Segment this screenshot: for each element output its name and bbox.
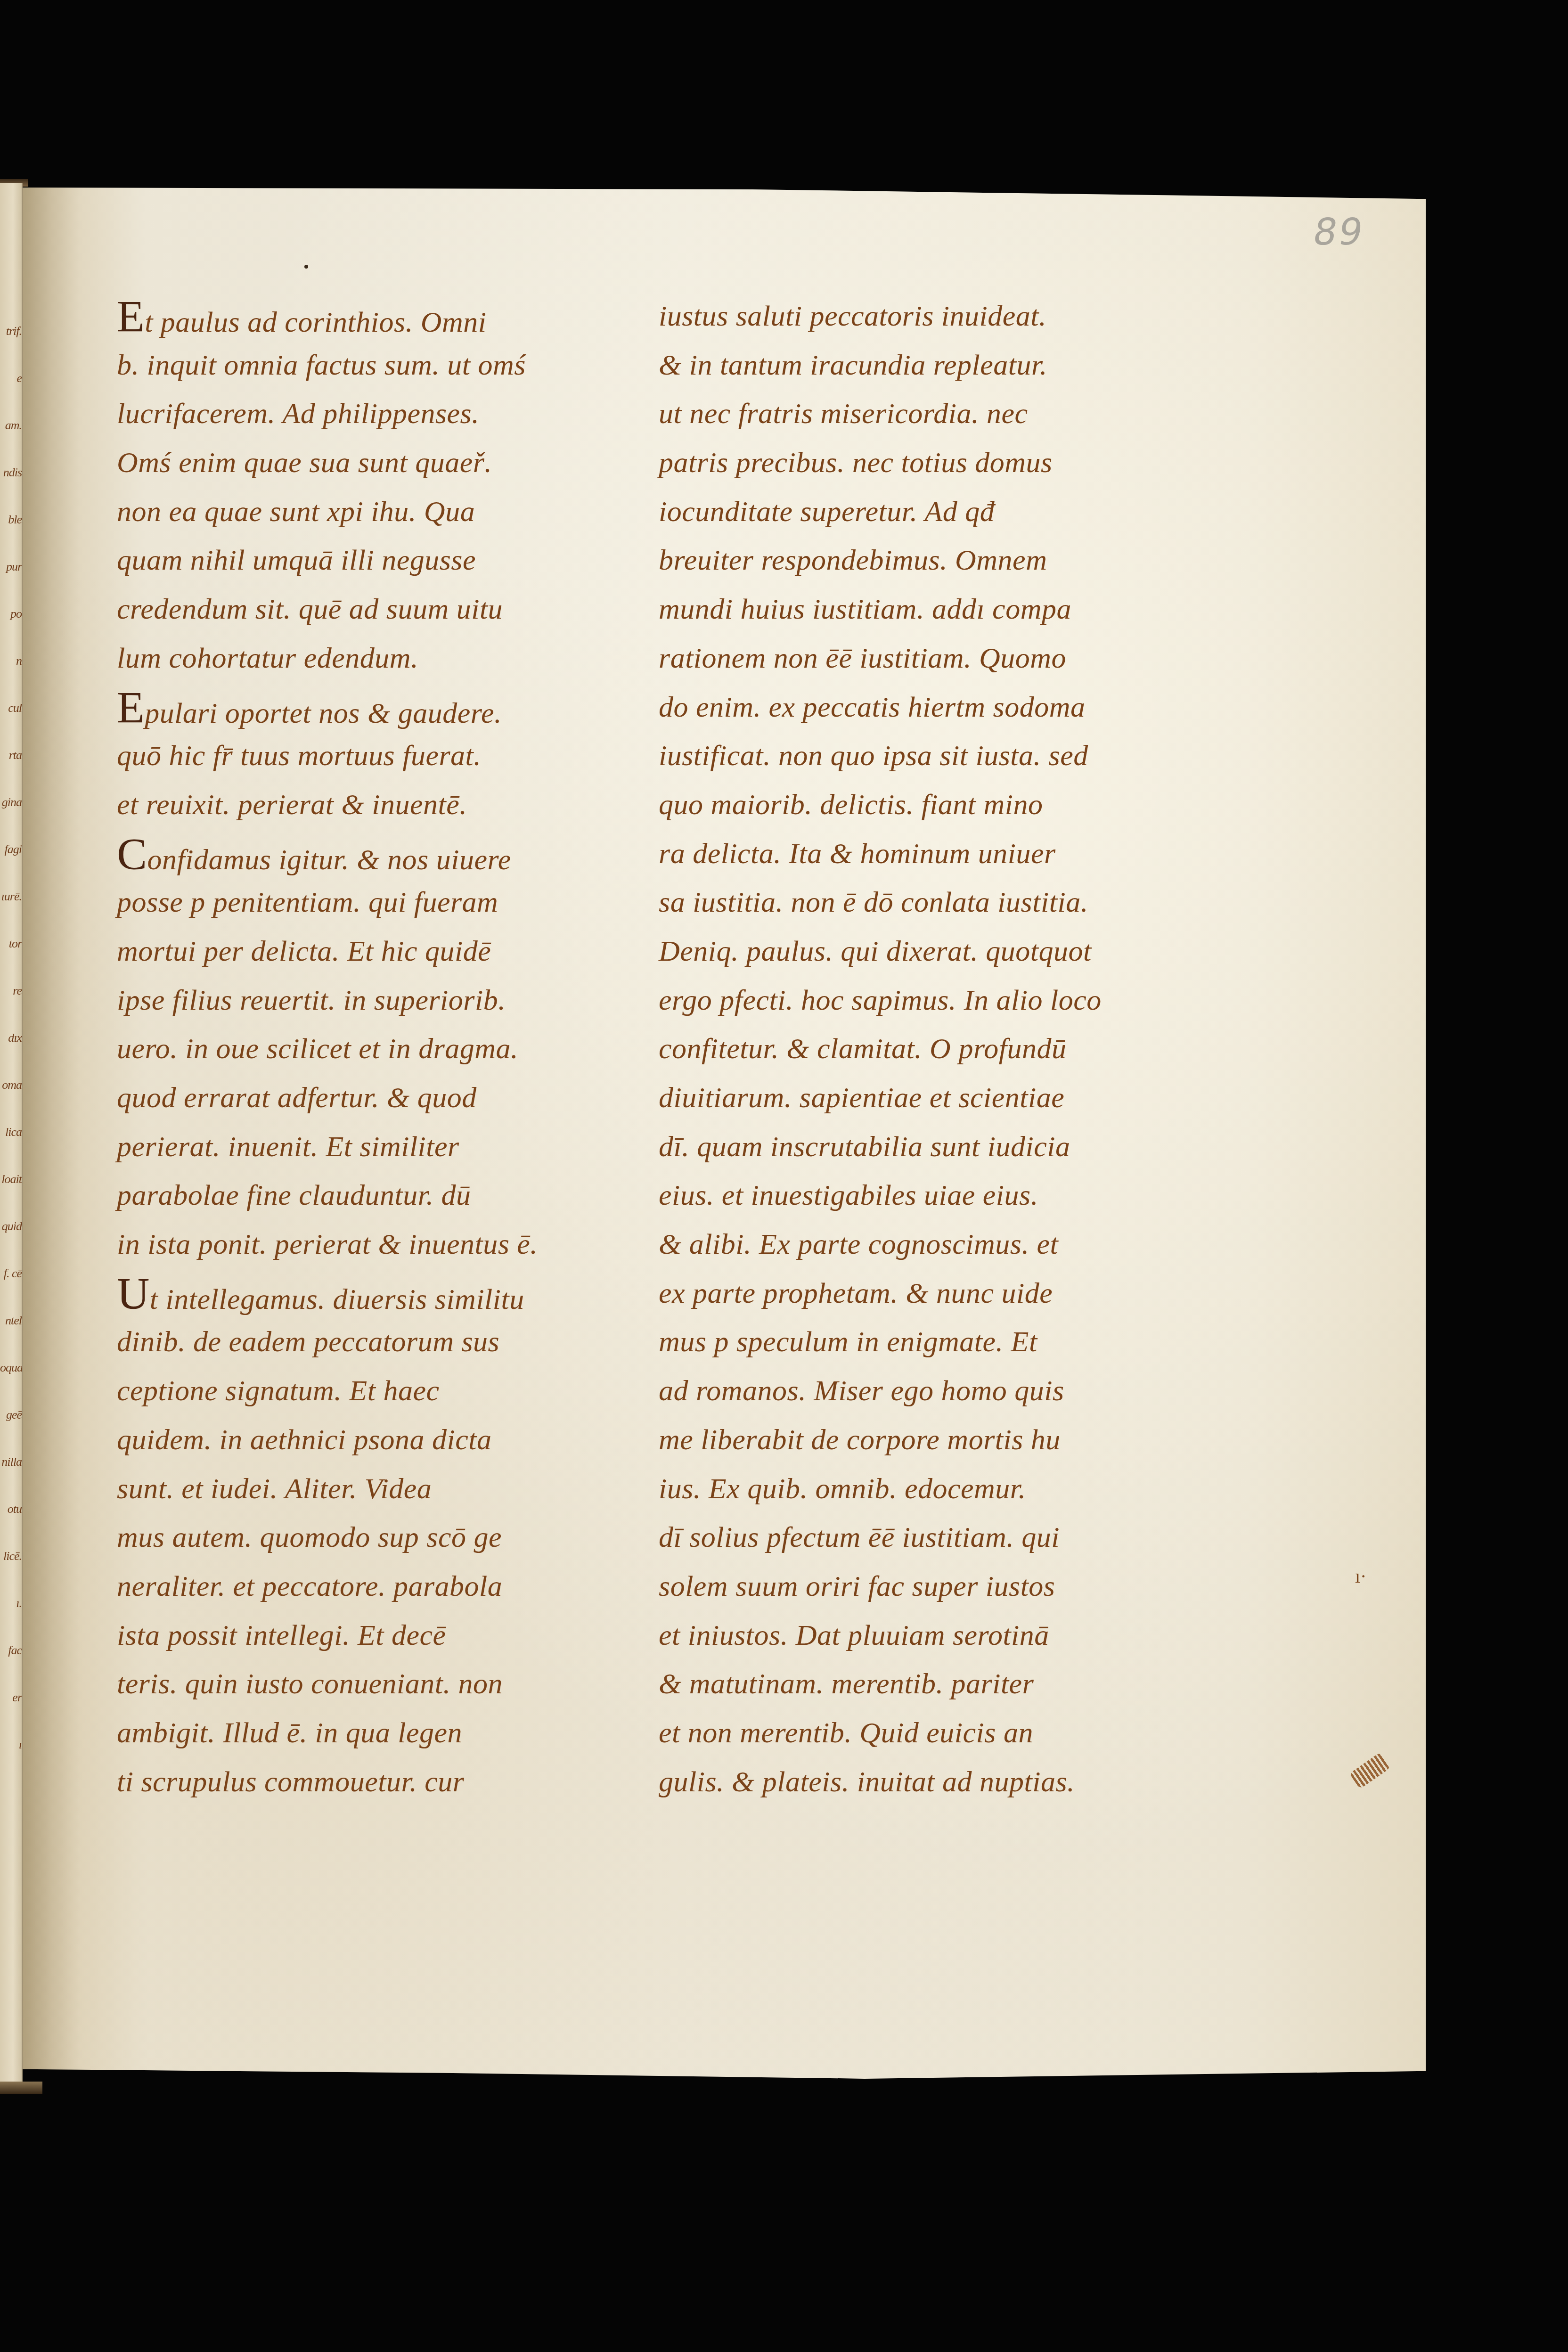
facing-fragment: fagi [0,842,22,857]
facing-fragment: cul [0,701,22,715]
text-line: mundi huius iustitiam. addı compa [659,585,1252,634]
text-line: quidem. in aethnici psona dicta [117,1416,673,1465]
text-line: me liberabit de corpore mortis hu [659,1416,1252,1465]
text-line: mus autem. quomodo sup scō ge [117,1513,673,1562]
text-line: ipse filius reuertit. in superiorib. [117,976,673,1025]
text-line: ut nec fratris misericordia. nec [659,390,1252,439]
text-line: & in tantum iracundia repleatur. [659,341,1252,390]
folio-number: 89 [1310,211,1368,253]
facing-fragment: po [0,607,22,621]
text-line: ius. Ex quib. omnib. edocemur. [659,1465,1252,1514]
pen-trial-flourish [1349,1752,1391,1789]
facing-fragment: ıurē. [0,890,22,904]
ink-dot [304,265,308,269]
text-line: sa iustitia. non ē dō conlata iustitia. [659,878,1252,927]
text-line: patris precibus. nec totius domus [659,439,1252,488]
binding-bottom-edge [0,2082,42,2094]
facing-fragment: otu [0,1502,22,1516]
text-line: uero. in oue scilicet et in dragma. [117,1025,673,1074]
text-column-left: Et paulus ad corinthios. Omni b. inquit … [117,292,673,1806]
facing-fragment: ı. [0,1596,22,1610]
facing-fragment: e [0,371,22,385]
text-line: quam nihil umquā illi negusse [117,536,673,585]
facing-fragment: oma [0,1078,22,1092]
facing-fragment: ndis [0,465,22,480]
text-line: rationem non ēē iustitiam. Quomo [659,634,1252,683]
text-line: do enim. ex peccatis hiertm sodoma [659,683,1252,732]
text-line: ti scrupulus commouetur. cur [117,1758,673,1807]
text-line: in ista ponit. perierat & inuentus ē. [117,1220,673,1269]
text-line: ista possit intellegi. Et decē [117,1611,673,1660]
facing-fragment: ntel [0,1314,22,1328]
margin-dot-mark: ı· [1355,1565,1366,1587]
facing-fragment: f. cē [0,1266,22,1281]
facing-fragment: loait [0,1172,22,1186]
facing-fragment: nilla [0,1455,22,1469]
text-line: ergo pfecti. hoc sapimus. In alio loco [659,976,1252,1025]
text-line: et reuixit. perierat & inuentē. [117,781,673,830]
text-line: gulis. & plateis. inuitat ad nuptias. [659,1758,1252,1807]
text-line: parabolae fine clauduntur. dū [117,1171,673,1220]
text-line: perierat. inuenit. Et similiter [117,1123,673,1172]
text-line: quo maiorib. delictis. fiant mino [659,781,1252,830]
text-line: breuiter respondebimus. Omnem [659,536,1252,585]
facing-fragment: fac [0,1643,22,1658]
text-line: mus p speculum in enigmate. Et [659,1318,1252,1367]
text-line: Epulari oportet nos & gaudere. [117,683,673,732]
text-line: Deniq. paulus. qui dixerat. quotquot [659,927,1252,976]
facing-fragment: ble [0,513,22,527]
text-line: ad romanos. Miser ego homo quis [659,1367,1252,1416]
facing-fragment: geē [0,1408,22,1422]
facing-fragment: licē. [0,1549,22,1563]
text-line: et non merentib. Quid euicis an [659,1709,1252,1758]
text-line: teris. quin iusto conueniant. non [117,1660,673,1709]
manuscript-leaf-recto: 89 Et paulus ad corinthios. Omni b. inqu… [23,188,1426,2086]
text-line: non ea quae sunt xpi ihu. Qua [117,488,673,537]
facing-fragment: dıx [0,1031,22,1045]
facing-fragment: pur [0,560,22,574]
text-line: dī solius pfectum ēē iustitiam. qui [659,1513,1252,1562]
facing-fragment: ı [0,1738,22,1752]
text-line: diuitiarum. sapientiae et scientiae [659,1074,1252,1123]
facing-fragment: lica [0,1125,22,1139]
text-line: credendum sit. quē ad suum uitu [117,585,673,634]
facing-fragment: quid [0,1219,22,1233]
facing-fragment: rta [0,748,22,762]
text-column-right: iustus saluti peccatoris inuideat. & in … [659,292,1252,1806]
text-line: eius. et inuestigabiles uiae eius. [659,1171,1252,1220]
text-line: Confidamus igitur. & nos uiuere [117,830,673,879]
gutter-shadow [23,188,79,2086]
text-line: confitetur. & clamitat. O profundū [659,1025,1252,1074]
text-line: & alibi. Ex parte cognoscimus. et [659,1220,1252,1269]
facing-fragment: er [0,1690,22,1705]
facing-fragment: am. [0,418,22,433]
text-line: ambigit. Illud ē. in qua legen [117,1709,673,1758]
text-line: Et paulus ad corinthios. Omni [117,292,673,341]
text-line: solem suum oriri fac super iustos [659,1562,1252,1611]
facing-fragment: oqua [0,1361,22,1375]
text-line: posse p penitentiam. qui fueram [117,878,673,927]
text-line: iustus saluti peccatoris inuideat. [659,292,1252,341]
text-line: b. inquit omnia factus sum. ut omś [117,341,673,390]
text-line: lum cohortatur edendum. [117,634,673,683]
text-line: ceptione signatum. Et haec [117,1367,673,1416]
text-line: iustificat. non quo ipsa sit iusta. sed [659,732,1252,781]
text-line: dinib. de eadem peccatorum sus [117,1318,673,1367]
text-line: quō hic fr̄ tuus mortuus fuerat. [117,732,673,781]
text-line: mortui per delicta. Et hic quidē [117,927,673,976]
facing-fragment: trif. [0,324,22,338]
text-line: quod errarat adfertur. & quod [117,1074,673,1123]
facing-fragment: n [0,654,22,668]
facing-fragment: tor [0,937,22,951]
text-line: ex parte prophetam. & nunc uide [659,1269,1252,1318]
text-line: ra delicta. Ita & hominum uniuer [659,830,1252,879]
text-line: Ut intellegamus. diuersis similitu [117,1269,673,1318]
text-line: iocunditate superetur. Ad qđ [659,488,1252,537]
facing-fragment: gina [0,795,22,809]
text-line: dī. quam inscrutabilia sunt iudicia [659,1123,1252,1172]
text-line: sunt. et iudei. Aliter. Videa [117,1465,673,1514]
text-line: et iniustos. Dat pluuiam serotinā [659,1611,1252,1660]
text-line: & matutinam. merentib. pariter [659,1660,1252,1709]
text-line: Omś enim quae sua sunt quaeř. [117,439,673,488]
text-line: lucrifacerem. Ad philippenses. [117,390,673,439]
text-line: neraliter. et peccatore. parabola [117,1562,673,1611]
facing-fragment: re [0,984,22,998]
facing-page-verso-edge: trif. e am. ndis ble pur po n cul rta gi… [0,183,23,2086]
